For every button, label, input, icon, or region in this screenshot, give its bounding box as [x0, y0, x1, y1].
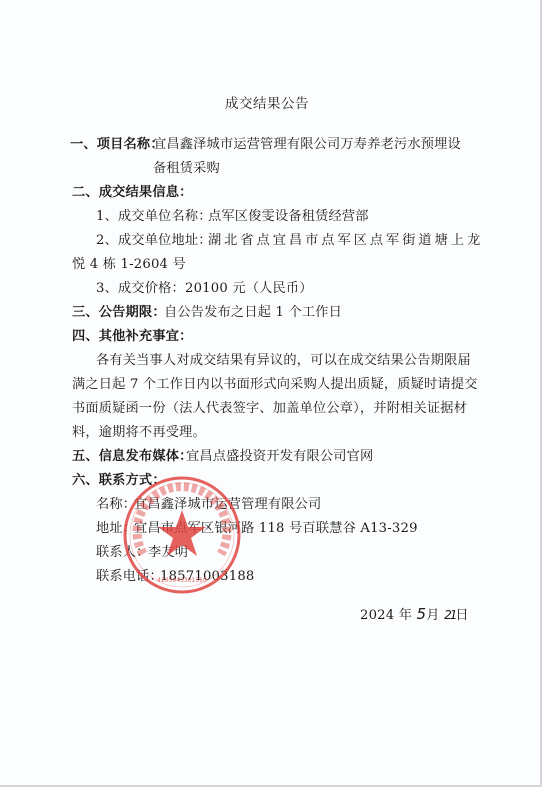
- project-name-line2: 备租赁采购: [153, 160, 220, 178]
- section-5-heading: 五、信息发布媒体：: [72, 448, 193, 466]
- winner-address-label: 2、成交单位地址：: [96, 232, 212, 250]
- document-page: 成交结果公告 一、项目名称： 宜昌鑫泽城市运营管理有限公司万寿养老污水预埋设 备…: [0, 0, 542, 787]
- contact-phone-value: 18571003188: [160, 568, 255, 586]
- section-3-heading: 三、公告期限：: [72, 304, 166, 322]
- contact-phone-label: 联系电话：: [96, 568, 163, 586]
- media-value: 宜昌点盛投资开发有限公司官网: [186, 448, 373, 466]
- price-label: 3、成交价格：: [96, 280, 185, 298]
- notice-period-value: 自公告发布之日起 1 个工作日: [164, 304, 342, 322]
- date-year: 2024 年: [360, 608, 412, 623]
- paragraph-line: 书面质疑函一份（法人代表签字、加盖单位公章），并附相关证据材: [72, 400, 467, 418]
- date-month-handwritten: 5: [417, 605, 427, 623]
- section-4-heading: 四、其他补充事宜：: [72, 328, 193, 346]
- contact-address-value: 宜昌市点军区银河路 118 号百联慧谷 A13-329: [134, 520, 418, 538]
- section-2-heading: 二、成交结果信息：: [72, 184, 193, 202]
- date-day-handwritten: 21: [444, 608, 455, 622]
- paragraph-line: 料，逾期将不再受理。: [72, 424, 206, 442]
- winner-address-value: 湖北省点宜昌市点军区点军街道塘上龙: [208, 232, 483, 250]
- contact-name-value: 宜昌鑫泽城市运营管理有限公司: [134, 496, 321, 514]
- document-title: 成交结果公告: [225, 95, 309, 113]
- winner-name-value: 点军区俊雯设备租赁经营部: [208, 208, 369, 226]
- date-day-char: 日: [455, 608, 468, 623]
- date-month-char: 月: [426, 608, 439, 623]
- contact-address-label: 地址：: [96, 520, 136, 538]
- signature-date: 2024 年 5月 21日: [360, 605, 469, 625]
- contact-name-label: 名称：: [96, 496, 136, 514]
- paragraph-line: 满之日起 7 个工作日内以书面形式向采购人提出质疑，质疑时请提交: [72, 376, 478, 394]
- section-1-heading: 一、项目名称：: [70, 136, 164, 154]
- price-value: 20100 元（人民币）: [185, 280, 313, 298]
- section-6-heading: 六、联系方式：: [72, 472, 166, 490]
- project-name-line1: 宜昌鑫泽城市运营管理有限公司万寿养老污水预埋设: [153, 136, 461, 154]
- contact-person-label: 联系人：: [96, 544, 150, 562]
- contact-person-value: 李友明: [148, 544, 188, 562]
- winner-name-label: 1、成交单位名称：: [96, 208, 212, 226]
- paragraph-line: 各有关当事人对成交结果有异议的，可以在成交结果公告期限届: [96, 352, 471, 370]
- winner-address-cont: 悦 4 栋 1-2604 号: [72, 256, 186, 274]
